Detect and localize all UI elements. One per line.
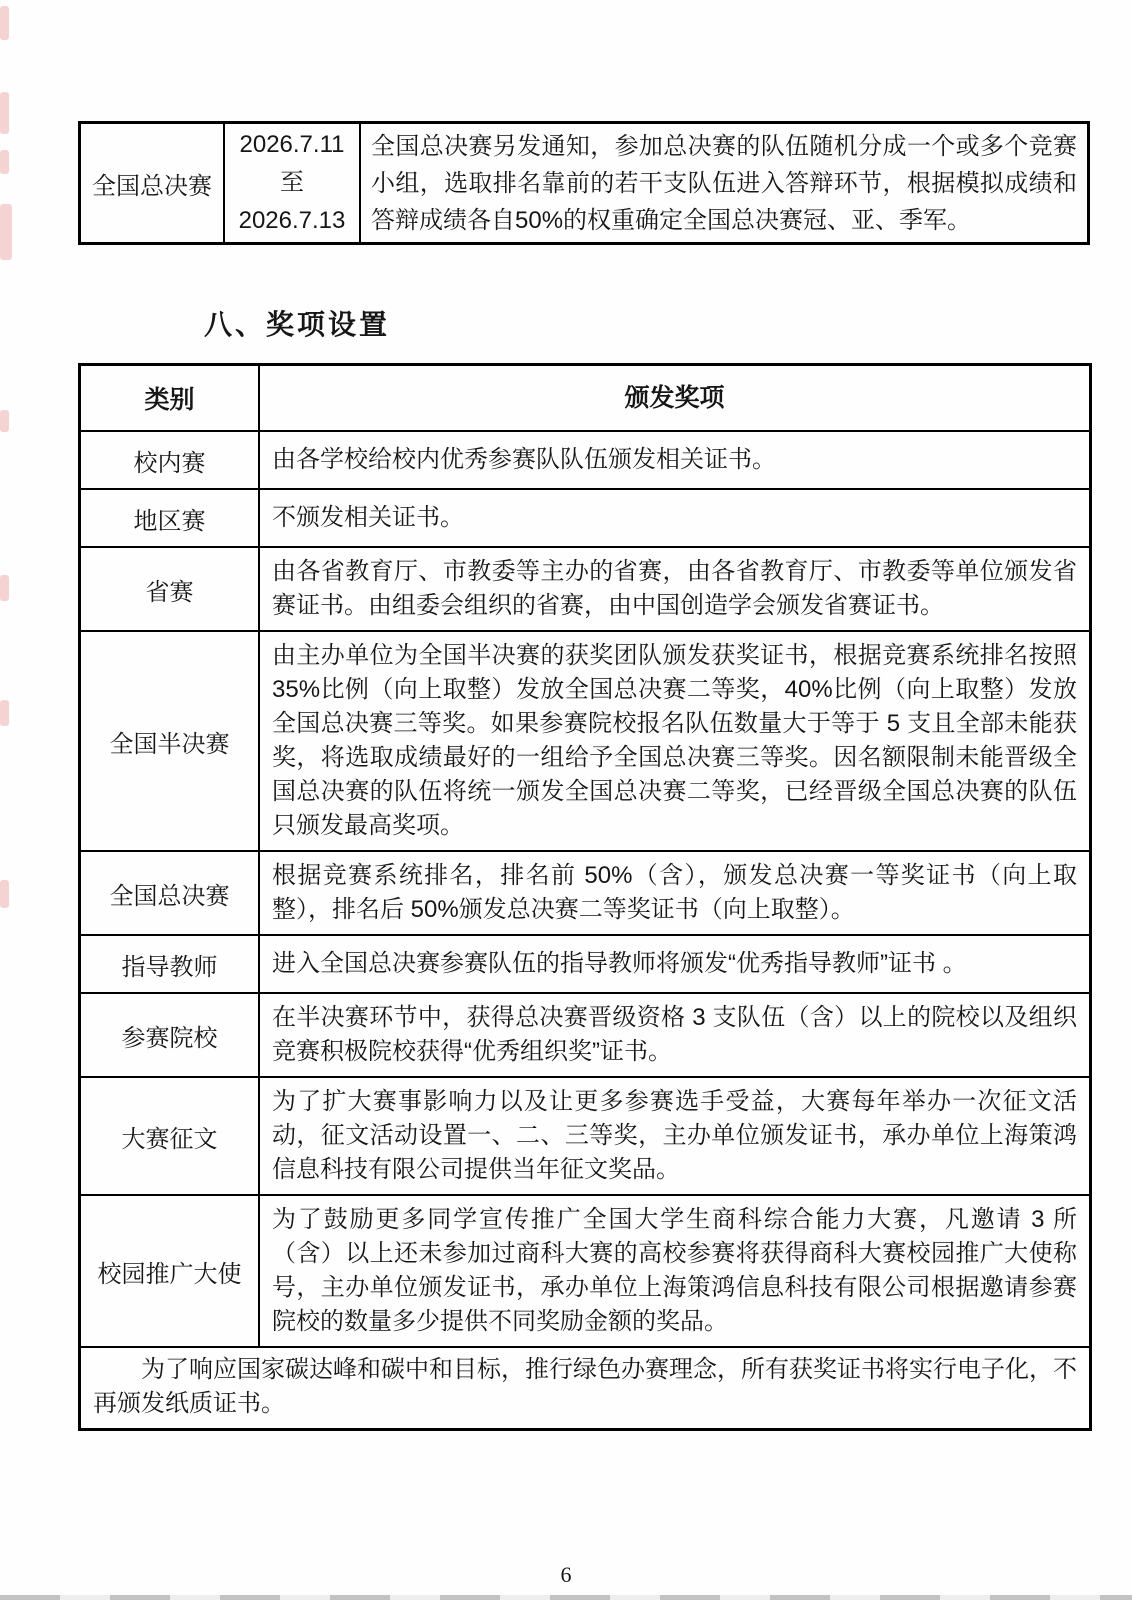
award-cell: 根据竞赛系统排名，排名前 50%（含），颁发总决赛一等奖证书（向上取整），排名后…	[259, 851, 1091, 935]
table-row: 全国总决赛 根据竞赛系统排名，排名前 50%（含），颁发总决赛一等奖证书（向上取…	[80, 851, 1091, 935]
schedule-table: 全国总决赛 2026.7.11 至 2026.7.13 全国总决赛另发通知，参加…	[78, 121, 1090, 245]
category-cell: 指导教师	[80, 935, 260, 993]
footer-note-cell: 为了响应国家碳达峰和碳中和目标，推行绿色办赛理念，所有获奖证书将实行电子化，不再…	[80, 1347, 1091, 1430]
award-cell: 在半决赛环节中，获得总决赛晋级资格 3 支队伍（含）以上的院校以及组织竞赛积极院…	[259, 993, 1091, 1077]
table-row: 校内赛 由各学校给校内优秀参赛队队伍颁发相关证书。	[80, 431, 1091, 489]
table-row: 省赛 由各省教育厅、市教委等主办的省赛，由各省教育厅、市教委等单位颁发省赛证书。…	[80, 547, 1091, 631]
stage-cell: 全国总决赛	[80, 123, 225, 244]
schedule-row: 全国总决赛 2026.7.11 至 2026.7.13 全国总决赛另发通知，参加…	[80, 123, 1089, 244]
category-cell: 地区赛	[80, 489, 260, 547]
scan-artifact	[0, 575, 9, 601]
page-number: 6	[0, 1562, 1132, 1588]
scan-artifact-bottom-band	[0, 1595, 1132, 1600]
category-cell: 全国半决赛	[80, 631, 260, 851]
date-start: 2026.7.11	[225, 126, 359, 164]
table-row: 指导教师 进入全国总决赛参赛队伍的指导教师将颁发“优秀指导教师”证书 。	[80, 935, 1091, 993]
category-cell: 校园推广大使	[80, 1195, 260, 1347]
document-page: 全国总决赛 2026.7.11 至 2026.7.13 全国总决赛另发通知，参加…	[0, 0, 1132, 1600]
table-row: 地区赛 不颁发相关证书。	[80, 489, 1091, 547]
column-header-award: 颁发奖项	[259, 365, 1091, 432]
category-cell: 大赛征文	[80, 1077, 260, 1195]
table-row: 大赛征文 为了扩大赛事影响力以及让更多参赛选手受益，大赛每年举办一次征文活动，征…	[80, 1077, 1091, 1195]
scan-artifact	[0, 6, 9, 40]
scan-artifact	[0, 410, 9, 432]
scan-artifact	[0, 880, 9, 908]
awards-table: 类别 颁发奖项 校内赛 由各学校给校内优秀参赛队队伍颁发相关证书。 地区赛 不颁…	[78, 363, 1092, 1431]
award-cell: 不颁发相关证书。	[259, 489, 1091, 547]
award-cell: 由各省教育厅、市教委等主办的省赛，由各省教育厅、市教委等单位颁发省赛证书。由组委…	[259, 547, 1091, 631]
award-cell: 进入全国总决赛参赛队伍的指导教师将颁发“优秀指导教师”证书 。	[259, 935, 1091, 993]
award-cell: 为了扩大赛事影响力以及让更多参赛选手受益，大赛每年举办一次征文活动，征文活动设置…	[259, 1077, 1091, 1195]
column-header-category: 类别	[80, 365, 260, 432]
date-separator: 至	[225, 164, 359, 202]
scan-artifact	[0, 204, 12, 260]
date-end: 2026.7.13	[225, 202, 359, 240]
scan-artifact	[0, 150, 9, 174]
stage-description-cell: 全国总决赛另发通知，参加总决赛的队伍随机分成一个或多个竞赛小组，选取排名靠前的若…	[360, 123, 1089, 244]
award-cell: 由主办单位为全国半决赛的获奖团队颁发获奖证书，根据竞赛系统排名按照35%比例（向…	[259, 631, 1091, 851]
category-cell: 省赛	[80, 547, 260, 631]
category-cell: 参赛院校	[80, 993, 260, 1077]
footer-note-row: 为了响应国家碳达峰和碳中和目标，推行绿色办赛理念，所有获奖证书将实行电子化，不再…	[80, 1347, 1091, 1430]
table-row: 校园推广大使 为了鼓励更多同学宣传推广全国大学生商科综合能力大赛，凡邀请 3 所…	[80, 1195, 1091, 1347]
table-row: 全国半决赛 由主办单位为全国半决赛的获奖团队颁发获奖证书，根据竞赛系统排名按照3…	[80, 631, 1091, 851]
scan-artifact	[0, 700, 9, 726]
date-cell: 2026.7.11 至 2026.7.13	[224, 123, 360, 244]
awards-header-row: 类别 颁发奖项	[80, 365, 1091, 432]
section-heading: 八、奖项设置	[204, 303, 390, 343]
category-cell: 校内赛	[80, 431, 260, 489]
table-row: 参赛院校 在半决赛环节中，获得总决赛晋级资格 3 支队伍（含）以上的院校以及组织…	[80, 993, 1091, 1077]
category-cell: 全国总决赛	[80, 851, 260, 935]
award-cell: 由各学校给校内优秀参赛队队伍颁发相关证书。	[259, 431, 1091, 489]
scan-artifact	[0, 92, 9, 134]
award-cell: 为了鼓励更多同学宣传推广全国大学生商科综合能力大赛，凡邀请 3 所（含）以上还未…	[259, 1195, 1091, 1347]
